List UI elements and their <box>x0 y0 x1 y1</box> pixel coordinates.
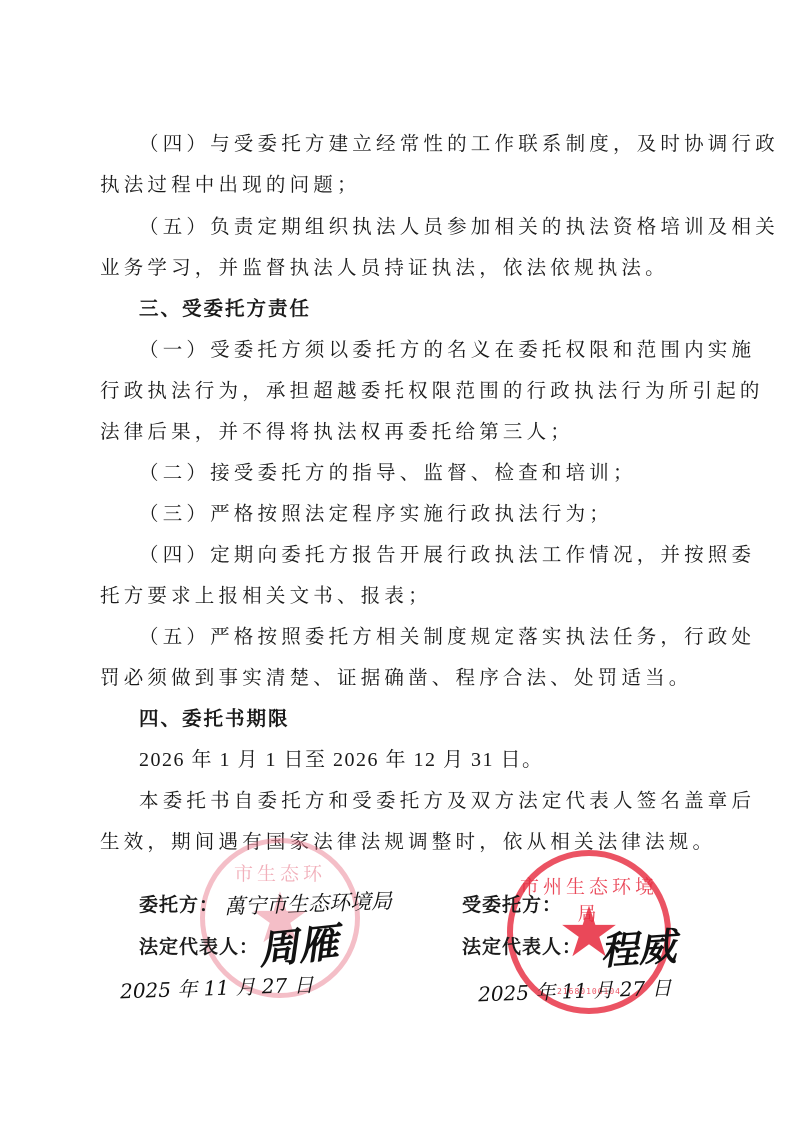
section-heading-4: 四、委托书期限 <box>139 704 739 734</box>
paragraph-line: 执法过程中出现的问题； <box>100 170 700 200</box>
principal-sign-date: 2025 年 11 月 27 日 <box>120 969 314 1005</box>
paragraph-line: （四）定期向委托方报告开展行政执法工作情况，并按照委 <box>139 540 739 570</box>
paragraph-line: （一）受委托方须以委托方的名义在委托权限和范围内实施 <box>139 335 739 365</box>
paragraph-line: 本委托书自委托方和受委托方及双方法定代表人签名盖章后 <box>139 786 739 816</box>
principal-rep-label: 法定代表人： <box>139 932 259 959</box>
section-heading-3: 三、受委托方责任 <box>139 294 739 324</box>
paragraph-line: 行政执法行为，承担超越委托权限范围的行政执法行为所引起的 <box>100 376 700 406</box>
paragraph-line: 罚必须做到事实清楚、证据确凿、程序合法、处罚适当。 <box>100 663 700 693</box>
agent-rep-signature: 程威 <box>598 915 678 975</box>
principal-rep-signature: 周雁 <box>255 911 341 976</box>
agent-label: 受委托方： <box>462 890 562 917</box>
seal-text: 市生态环 <box>205 859 355 886</box>
term-period: 2026 年 1 月 1 日至 2026 年 12 月 31 日。 <box>139 745 739 775</box>
paragraph-line: （二）接受委托方的指导、监督、检查和培训； <box>139 458 739 488</box>
agent-rep-label: 法定代表人： <box>462 932 582 959</box>
paragraph-line: （五）严格按照委托方相关制度规定落实执法任务，行政处 <box>139 622 739 652</box>
paragraph-line: 托方要求上报相关文书、报表； <box>100 581 700 611</box>
paragraph-line: （四）与受委托方建立经常性的工作联系制度，及时协调行政 <box>139 129 739 159</box>
paragraph-line: 法律后果，并不得将执法权再委托给第三人； <box>100 417 700 447</box>
document-page: （四）与受委托方建立经常性的工作联系制度，及时协调行政 执法过程中出现的问题； … <box>0 0 793 1122</box>
paragraph-line: （五）负责定期组织执法人员参加相关的执法资格培训及相关 <box>139 212 739 242</box>
paragraph-line: （三）严格按照法定程序实施行政执法行为； <box>139 499 739 529</box>
agent-sign-date: 2025 年 11 月 27 日 <box>478 972 672 1008</box>
principal-label: 委托方： <box>139 890 219 917</box>
paragraph-line: 业务学习，并监督执法人员持证执法，依法依规执法。 <box>100 253 700 283</box>
